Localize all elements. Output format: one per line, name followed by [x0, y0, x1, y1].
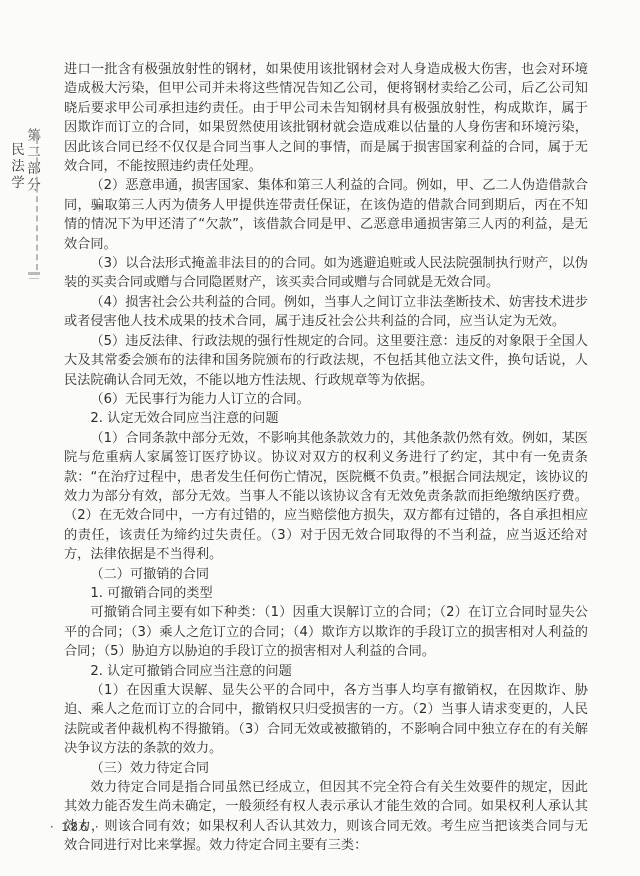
book-page: 第二部分 民法学 进口一批含有极强放射性的钢材，如果使用该批钢材会对人身造成极大… [0, 0, 640, 876]
paragraph-revocable-contract-issues: （1）在因重大误解、显失公平的合同中，各方当事人均享有撤销权，在因欺诈、胁迫、乘… [64, 681, 588, 759]
heading-revocable-contract-issues: 2. 认定可撤销合同应当注意的问题 [64, 662, 588, 681]
section-heading-pending-validity-contract: （三）效力待定合同 [64, 759, 588, 778]
list-item-harm-public-interest: （4）损害社会公共利益的合同。例如，当事人之间订立非法垄断技术、妨害技术进步或者… [64, 293, 588, 332]
heading-revocable-contract-types: 1. 可撤销合同的类型 [64, 584, 588, 603]
page-number: · 186 · [50, 820, 101, 834]
list-item-malicious-collusion: （2）恶意串通，损害国家、集体和第三人利益的合同。例如，甲、乙二人伪造借款合同，… [64, 176, 588, 254]
arrow-head-shape [33, 130, 41, 138]
list-item-violate-law: （5）违反法律、行政法规的强行性规定的合同。这里要注意：违反的对象限于全国人大及… [64, 332, 588, 390]
sidebar-part-tab: 第二部分 民法学 [8, 128, 40, 194]
list-item-legal-form-illegal-purpose: （3）以合法形式掩盖非法目的的合同。如为逃避追赃或人民法院强制执行财产，以伪装的… [64, 254, 588, 293]
paragraph-invalid-contract-issues: （1）合同条款中部分无效，不影响其他条款效力的，其他条款仍然有效。例如，某医院与… [64, 429, 588, 565]
sidebar-subject-label: 民法学 [8, 142, 24, 194]
paragraph-revocable-contract-types: 可撤销合同主要有如下种类：（1）因重大误解订立的合同；（2）在订立合同时显失公平… [64, 603, 588, 661]
body-text: 进口一批含有极强放射性的钢材，如果使用该批钢材会对人身造成极大伤害，也会对环境造… [64, 60, 588, 856]
arrow-line-shape [36, 138, 38, 270]
paragraph-continued-invalid-contract-example: 进口一批含有极强放射性的钢材，如果使用该批钢材会对人身造成极大伤害，也会对环境造… [64, 60, 588, 176]
list-item-no-capacity: （6）无民事行为能力人订立的合同。 [64, 390, 588, 409]
section-heading-revocable-contract: （二）可撤销的合同 [64, 565, 588, 584]
heading-invalid-contract-issues: 2. 认定无效合同应当注意的问题 [64, 409, 588, 428]
scan-smudge [28, 272, 40, 275]
paragraph-pending-validity-contract: 效力待定合同是指合同虽然已经成立，但因其不完全符合有关生效要件的规定，因此其效力… [64, 778, 588, 856]
up-arrow-icon [32, 130, 42, 286]
